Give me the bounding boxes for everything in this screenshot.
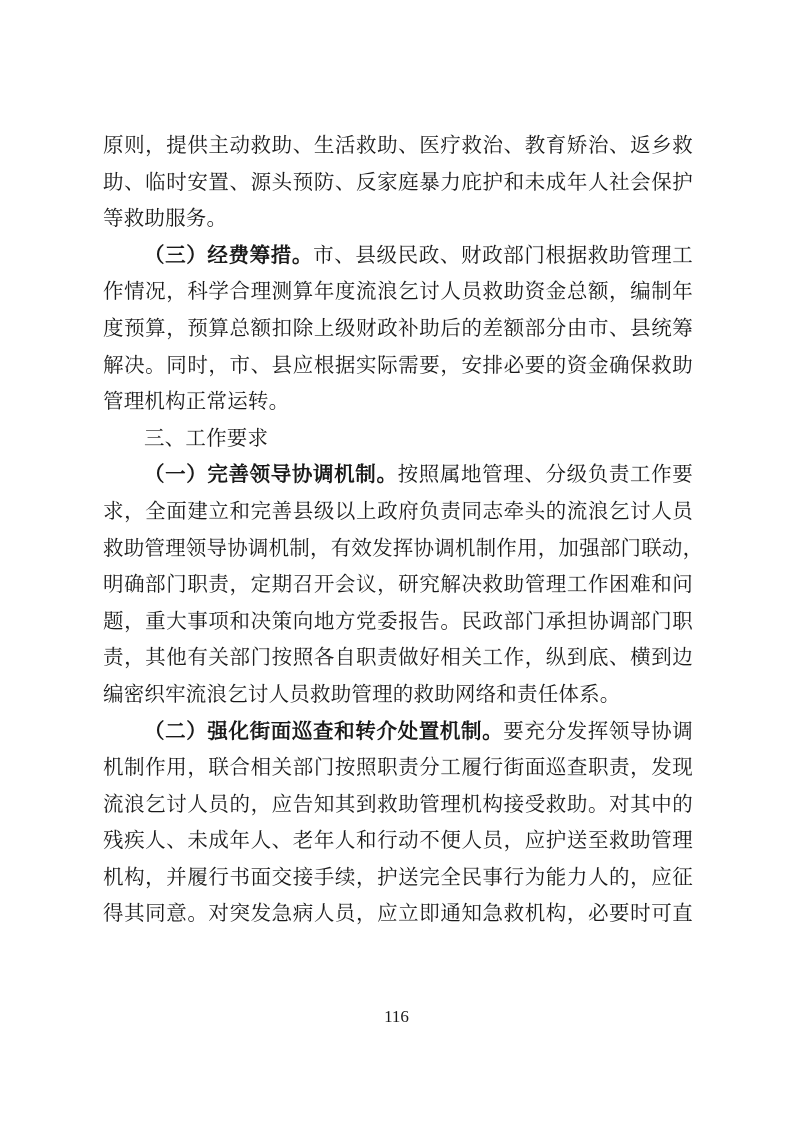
text-line: （一）完善领导协调机制。按照属地管理、分级负责工作要	[103, 456, 693, 493]
text-line: 等救助服务。	[103, 200, 693, 237]
text-line: 题，重大事项和决策向地方党委报告。民政部门承担协调部门职	[103, 603, 693, 640]
text-line: 流浪乞讨人员的，应告知其到救助管理机构接受救助。对其中的	[103, 786, 693, 823]
text-fragment: 市、县级民政、财政部门根据救助管理工	[313, 243, 693, 267]
text-line: 得其同意。对突发急病人员，应立即通知急救机构，必要时可直	[103, 895, 693, 932]
section-lead-funding: （三）经费筹措。	[144, 243, 313, 267]
page-number: 116	[0, 1007, 793, 1027]
text-line: 明确部门职责，定期召开会议，研究解决救助管理工作困难和问	[103, 566, 693, 603]
text-line: 助、临时安置、源头预防、反家庭暴力庇护和未成年人社会保护	[103, 164, 693, 201]
text-fragment: 要充分发挥领导协调	[503, 719, 693, 743]
paragraph-services-continued: 原则，提供主动救助、生活救助、医疗救治、教育矫治、返乡救 助、临时安置、源头预防…	[103, 127, 693, 237]
text-line: 作情况，科学合理测算年度流浪乞讨人员救助资金总额，编制年	[103, 273, 693, 310]
document-body: 原则，提供主动救助、生活救助、医疗救治、教育矫治、返乡救 助、临时安置、源头预防…	[103, 127, 693, 932]
document-page: 原则，提供主动救助、生活救助、医疗救治、教育矫治、返乡救 助、临时安置、源头预防…	[0, 0, 793, 1122]
text-line: 度预算，预算总额扣除上级财政补助后的差额部分由市、县统筹	[103, 310, 693, 347]
text-fragment: 按照属地管理、分级负责工作要	[398, 462, 693, 486]
text-line: 救助管理领导协调机制，有效发挥协调机制作用，加强部门联动，	[103, 530, 693, 567]
paragraph-funding: （三）经费筹措。市、县级民政、财政部门根据救助管理工 作情况，科学合理测算年度流…	[103, 237, 693, 420]
text-line: 原则，提供主动救助、生活救助、医疗救治、教育矫治、返乡救	[103, 127, 693, 164]
text-line: （三）经费筹措。市、县级民政、财政部门根据救助管理工	[103, 237, 693, 274]
text-line: 求，全面建立和完善县级以上政府负责同志牵头的流浪乞讨人员	[103, 493, 693, 530]
text-line: 责，其他有关部门按照各自职责做好相关工作，纵到底、横到边	[103, 639, 693, 676]
section-lead-street-patrol: （二）强化街面巡查和转介处置机制。	[144, 719, 503, 743]
text-line: 机构，并履行书面交接手续，护送完全民事行为能力人的，应征	[103, 859, 693, 896]
text-line: （二）强化街面巡查和转介处置机制。要充分发挥领导协调	[103, 713, 693, 750]
text-line: 编密织牢流浪乞讨人员救助管理的救助网络和责任体系。	[103, 676, 693, 713]
text-line: 管理机构正常运转。	[103, 383, 693, 420]
section-lead-leadership: （一）完善领导协调机制。	[144, 462, 398, 486]
text-line: 残疾人、未成年人、老年人和行动不便人员，应护送至救助管理	[103, 822, 693, 859]
paragraph-street-patrol: （二）强化街面巡查和转介处置机制。要充分发挥领导协调 机制作用，联合相关部门按照…	[103, 713, 693, 933]
paragraph-leadership: （一）完善领导协调机制。按照属地管理、分级负责工作要 求，全面建立和完善县级以上…	[103, 456, 693, 712]
text-line: 解决。同时，市、县应根据实际需要，安排必要的资金确保救助	[103, 347, 693, 384]
text-line: 机制作用，联合相关部门按照职责分工履行街面巡查职责，发现	[103, 749, 693, 786]
section-heading-work-requirements: 三、工作要求	[103, 420, 693, 457]
